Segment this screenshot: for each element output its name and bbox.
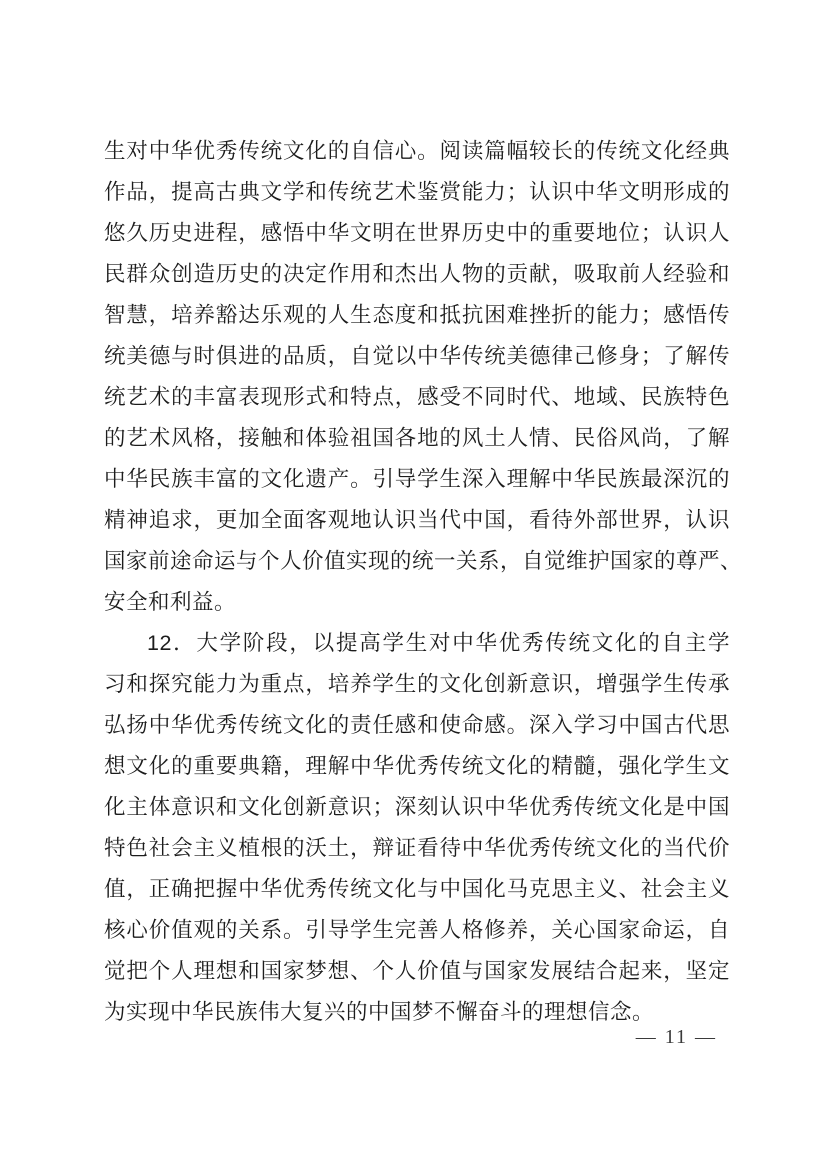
document-page: 生对中华优秀传统文化的自信心。阅读篇幅较长的传统文化经典 作品，提高古典文学和传…	[0, 0, 827, 1169]
paragraph-item-12: 12．大学阶段，以提高学生对中华优秀传统文化的自主学 习和探究能力为重点，培养学…	[104, 623, 730, 1033]
paragraph-continued: 生对中华优秀传统文化的自信心。阅读篇幅较长的传统文化经典 作品，提高古典文学和传…	[104, 131, 730, 623]
body-text: 生对中华优秀传统文化的自信心。阅读篇幅较长的传统文化经典 作品，提高古典文学和传…	[104, 131, 730, 1033]
text-line: 习和探究能力为重点，培养学生的文化创新意识，增强学生传承	[104, 664, 730, 705]
text-line: 统艺术的丰富表现形式和特点，感受不同时代、地域、民族特色	[104, 377, 730, 418]
text-line: 悠久历史进程，感悟中华文明在世界历史中的重要地位；认识人	[104, 213, 730, 254]
text-line: 安全和利益。	[104, 582, 730, 623]
text-line: 弘扬中华优秀传统文化的责任感和使命感。深入学习中国古代思	[104, 705, 730, 746]
text-line: 想文化的重要典籍，理解中华优秀传统文化的精髓，强化学生文	[104, 746, 730, 787]
text-line: 智慧，培养豁达乐观的人生态度和抵抗困难挫折的能力；感悟传	[104, 295, 730, 336]
text-line: 作品，提高古典文学和传统艺术鉴赏能力；认识中华文明形成的	[104, 172, 730, 213]
text-line: 觉把个人理想和国家梦想、个人价值与国家发展结合起来，坚定	[104, 951, 730, 992]
text-line: 中华民族丰富的文化遗产。引导学生深入理解中华民族最深沉的	[104, 459, 730, 500]
page-number: — 11 —	[636, 1026, 717, 1049]
text-line: 民群众创造历史的决定作用和杰出人物的贡献，吸取前人经验和	[104, 254, 730, 295]
text-line: 的艺术风格，接触和体验祖国各地的风土人情、民俗风尚，了解	[104, 418, 730, 459]
text-line: 生对中华优秀传统文化的自信心。阅读篇幅较长的传统文化经典	[104, 131, 730, 172]
text-line: 特色社会主义植根的沃土，辩证看待中华优秀传统文化的当代价	[104, 828, 730, 869]
text-line: 统美德与时俱进的品质，自觉以中华传统美德律己修身；了解传	[104, 336, 730, 377]
text-line: 核心价值观的关系。引导学生完善人格修养，关心国家命运，自	[104, 910, 730, 951]
text-line: 12．大学阶段，以提高学生对中华优秀传统文化的自主学	[104, 623, 730, 664]
text-line: 精神追求，更加全面客观地认识当代中国，看待外部世界，认识	[104, 500, 730, 541]
text-line: 国家前途命运与个人价值实现的统一关系，自觉维护国家的尊严、	[104, 541, 730, 582]
text-line: 值，正确把握中华优秀传统文化与中国化马克思主义、社会主义	[104, 869, 730, 910]
text-line: 化主体意识和文化创新意识；深刻认识中华优秀传统文化是中国	[104, 787, 730, 828]
